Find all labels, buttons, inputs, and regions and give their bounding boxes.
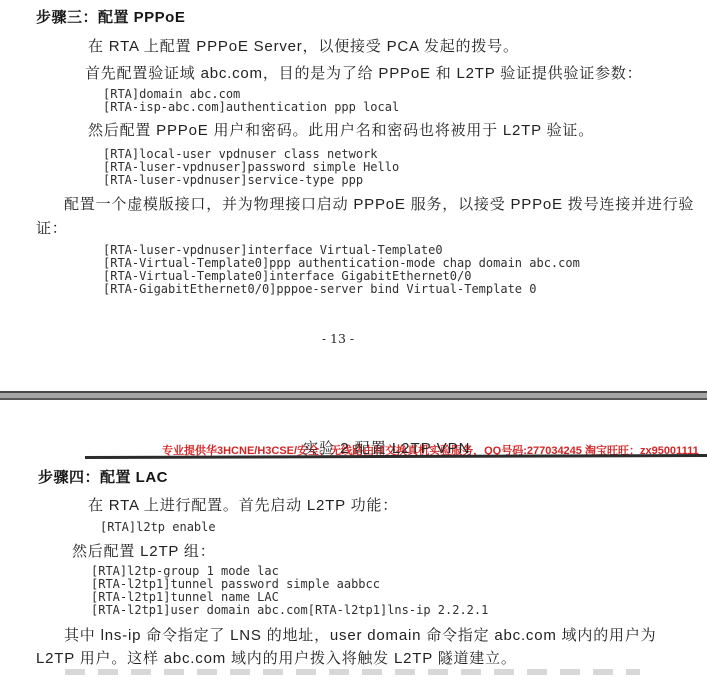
- document-page: 步骤三：配置 PPPoE 在 RTA 上配置 PPPoE Server，以便接受…: [0, 0, 707, 681]
- step4-heading: 步骤四：配置 LAC: [38, 466, 168, 487]
- code-line: [RTA-isp-abc.com]authentication ppp loca…: [103, 101, 399, 114]
- step3-paragraph-2: 首先配置验证域 abc.com，目的是为了给 PPPoE 和 L2TP 验证提供…: [85, 62, 642, 83]
- step3-paragraph-4: 配置一个虚模版接口，并为物理接口启动 PPPoE 服务，以接受 PPPoE 拨号…: [36, 193, 696, 240]
- code-block-l2tp-enable: [RTA]l2tp enable: [100, 521, 216, 534]
- code-block-l2tp-group: [RTA]l2tp-group 1 mode lac [RTA-l2tp1]tu…: [91, 565, 488, 617]
- code-line: [RTA-luser-vpdnuser]service-type ppp: [103, 174, 399, 187]
- step3-paragraph-3: 然后配置 PPPoE 用户和密码。此用户名和密码也将被用于 L2TP 验证。: [88, 119, 594, 140]
- cutoff-faded-text-strip: [65, 669, 640, 675]
- code-block-virtualtemplate: [RTA-luser-vpdnuser]interface Virtual-Te…: [103, 244, 580, 296]
- step4-paragraph-1: 在 RTA 上进行配置。首先启动 L2TP 功能：: [88, 494, 398, 515]
- page-break-divider: [0, 391, 707, 400]
- step3-paragraph-1: 在 RTA 上配置 PPPoE Server，以便接受 PCA 发起的拨号。: [88, 35, 519, 56]
- step4-paragraph-2: 然后配置 L2TP 组：: [72, 540, 216, 561]
- step4-paragraph-3: 其中 lns-ip 命令指定了 LNS 的地址，user domain 命令指定…: [36, 625, 696, 670]
- code-line: [RTA-GigabitEthernet0/0]pppoe-server bin…: [103, 283, 580, 296]
- code-line: [RTA-l2tp1]user domain abc.com[RTA-l2tp1…: [91, 604, 488, 617]
- code-block-domain: [RTA]domain abc.com [RTA-isp-abc.com]aut…: [103, 88, 399, 114]
- code-block-localuser: [RTA]local-user vpdnuser class network […: [103, 148, 399, 187]
- code-line: [RTA]l2tp enable: [100, 521, 216, 534]
- step3-heading: 步骤三：配置 PPPoE: [36, 6, 185, 27]
- page-number: - 13 -: [0, 331, 676, 346]
